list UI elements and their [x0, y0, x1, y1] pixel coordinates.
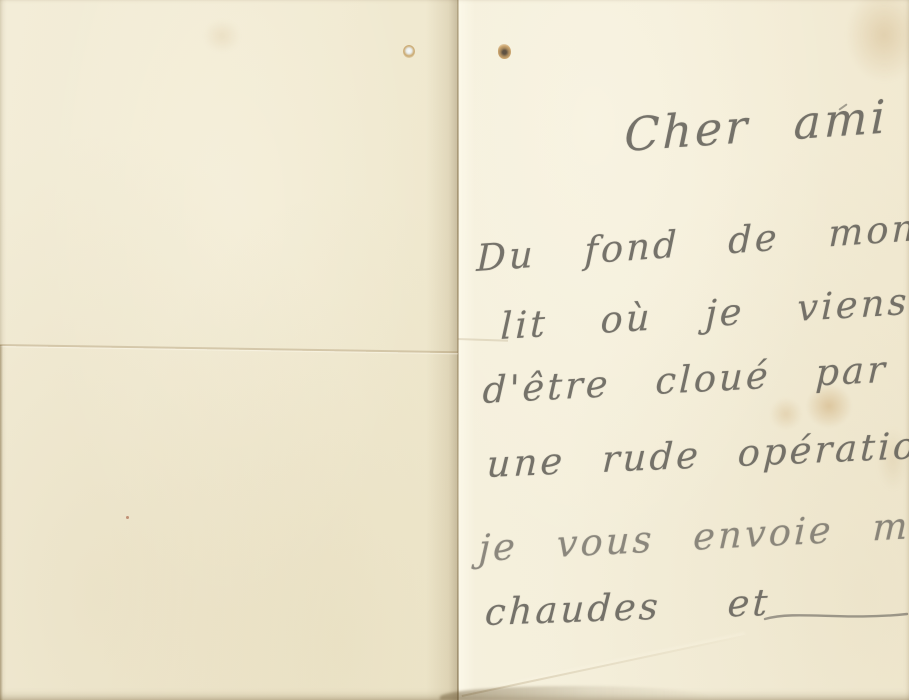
pinhole-right [498, 44, 511, 59]
letter-photo: Cher ami Du fond de mon lit où je viens … [0, 0, 909, 700]
paper-speck [126, 516, 129, 519]
pinhole-left [403, 45, 415, 58]
handwriting-line-6: chaudes et [484, 584, 771, 631]
center-fold-highlight [459, 0, 475, 700]
pencil-trailing-stroke [762, 602, 909, 632]
left-paper-edge-shadow [0, 345, 3, 700]
